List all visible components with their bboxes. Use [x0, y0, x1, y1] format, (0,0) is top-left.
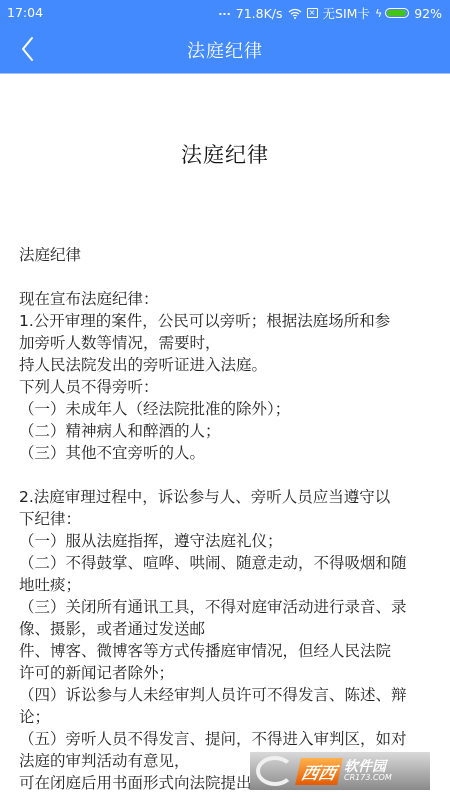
- doc-line: 地吐痰；: [19, 574, 436, 596]
- watermark-text: 软件园 CR173.COM: [344, 760, 392, 782]
- doc-line-blank: [19, 464, 436, 486]
- doc-line: （三）其他不宜旁听的人。: [19, 442, 436, 464]
- doc-line: 2.法庭审理过程中，诉讼参与人、旁听人员应当遵守以: [19, 486, 436, 508]
- watermark: 西西 软件园 CR173.COM: [250, 752, 430, 790]
- doc-line: （四）诉讼参与人未经审判人员许可不得发言、陈述、辩: [19, 684, 436, 706]
- document-body: 法庭纪律 现在宣布法庭纪律： 1.公开审理的案件，公民可以旁听；根据法庭场所和参…: [19, 244, 436, 794]
- doc-line: 1.公开审理的案件，公民可以旁听；根据法庭场所和参: [19, 310, 436, 332]
- more-notifications-icon: ...: [218, 5, 231, 18]
- sim-x-icon: ×: [307, 8, 318, 18]
- doc-line: 像、摄影，或者通过发送邮: [19, 618, 436, 640]
- doc-line: 下纪律：: [19, 508, 436, 530]
- watermark-label: 软件园: [344, 760, 392, 774]
- doc-line: 现在宣布法庭纪律：: [19, 288, 436, 310]
- doc-line: 许可的新闻记者除外；: [19, 662, 436, 684]
- doc-line: （二）不得鼓掌、喧哗、哄闹、随意走动，不得吸烟和随: [19, 552, 436, 574]
- doc-line: 法庭纪律: [19, 244, 436, 266]
- doc-line: 加旁听人数等情况，需要时，: [19, 332, 436, 354]
- doc-line: 件、博客、微博客等方式传播庭审情况，但经人民法院: [19, 640, 436, 662]
- watermark-brand: 西西: [295, 758, 343, 785]
- app-header: 17:04 ... 71.8K/s × 无SIM卡 ϟ 92% 法庭纪律: [0, 0, 450, 74]
- doc-line: 论；: [19, 706, 436, 728]
- bolt-icon: ϟ: [375, 7, 382, 20]
- network-speed: 71.8K/s: [236, 6, 283, 21]
- doc-line: （一）服从法庭指挥，遵守法庭礼仪；: [19, 530, 436, 552]
- doc-line: 下列人员不得旁听：: [19, 376, 436, 398]
- doc-line: （一）未成年人（经法院批准的除外）；: [19, 398, 436, 420]
- document-title: 法庭纪律: [0, 139, 450, 169]
- sim-status: 无SIM卡: [323, 4, 370, 22]
- battery-icon: [385, 8, 409, 18]
- doc-line: （五）旁听人员不得发言、提问，不得进入审判区，如对: [19, 728, 436, 750]
- doc-line: 持人民法院发出的旁听证进入法庭。: [19, 354, 436, 376]
- document-view[interactable]: 法庭纪律 法庭纪律 现在宣布法庭纪律： 1.公开审理的案件，公民可以旁听；根据法…: [0, 75, 450, 800]
- doc-line-blank: [19, 266, 436, 288]
- wifi-icon: [288, 8, 302, 19]
- doc-line: （二）精神病人和醉酒的人；: [19, 420, 436, 442]
- battery-percent: 92%: [414, 6, 442, 21]
- status-indicators: ... 71.8K/s × 无SIM卡 ϟ 92%: [218, 4, 442, 22]
- watermark-logo-icon: [256, 756, 294, 786]
- watermark-url: CR173.COM: [344, 774, 392, 782]
- nav-bar: 法庭纪律: [0, 26, 450, 74]
- status-time: 17:04: [7, 5, 43, 20]
- doc-line: （三）关闭所有通讯工具，不得对庭审活动进行录音、录: [19, 596, 436, 618]
- status-bar: 17:04 ... 71.8K/s × 无SIM卡 ϟ 92%: [0, 0, 450, 26]
- page-title: 法庭纪律: [0, 37, 450, 63]
